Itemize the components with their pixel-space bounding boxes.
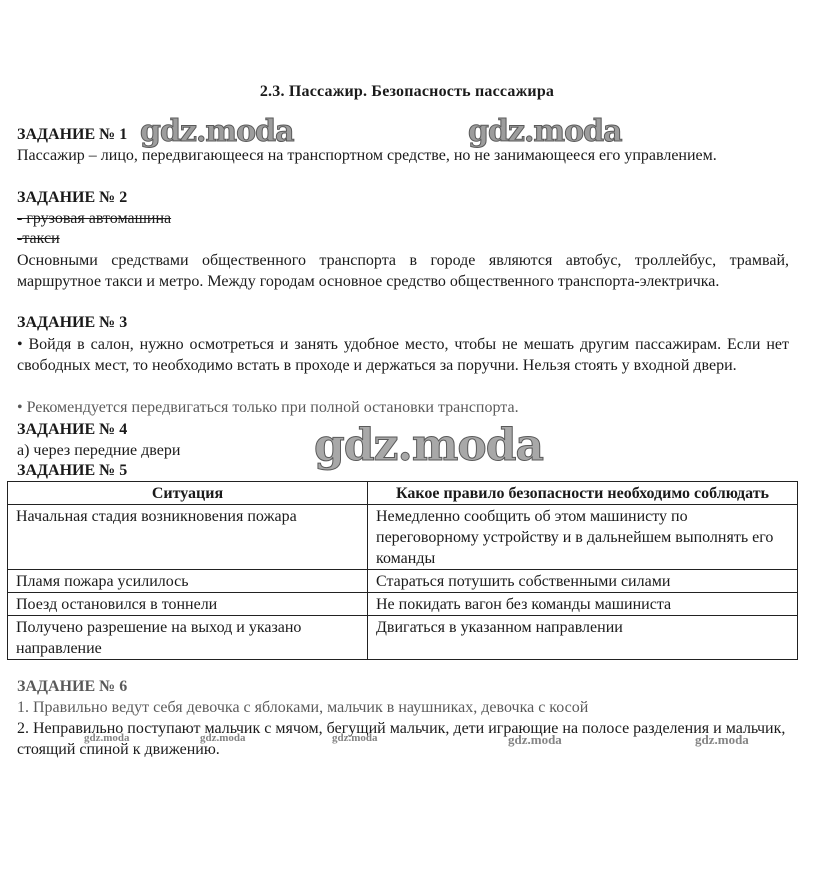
- task-2-struck-item-2: -такси: [17, 228, 60, 249]
- watermark: gdz.moda: [468, 114, 622, 149]
- table-row: Получено разрешение на выход и указано н…: [8, 616, 798, 660]
- task-6-heading: ЗАДАНИЕ № 6: [17, 677, 127, 697]
- task-6-item-2: 2. Неправильно поступают мальчик с мячом…: [17, 718, 789, 760]
- table-cell-rule: Не покидать вагон без команды машиниста: [368, 593, 798, 616]
- table-cell-rule: Немедленно сообщить об этом машинисту по…: [368, 505, 798, 570]
- column-header-rule: Какое правило безопасности необходимо со…: [368, 482, 798, 505]
- table-row: Пламя пожара усилилось Стараться потушит…: [8, 570, 798, 593]
- task-2-struck-item-1: - грузовая автомашина: [17, 208, 171, 229]
- table-cell-situation: Получено разрешение на выход и указано н…: [8, 616, 368, 660]
- watermark: gdz.moda: [140, 114, 294, 149]
- task-6-item-1: 1. Правильно ведут себя девочка с яблока…: [17, 697, 588, 718]
- column-header-situation: Ситуация: [8, 482, 368, 505]
- safety-rules-table: Ситуация Какое правило безопасности необ…: [7, 481, 798, 660]
- table-cell-rule: Двигаться в указанном направлении: [368, 616, 798, 660]
- document-page: 2.3. Пассажир. Безопасность пассажира ЗА…: [0, 0, 814, 890]
- task-1-heading: ЗАДАНИЕ № 1: [17, 125, 127, 145]
- watermark: gdz.moda: [314, 420, 543, 471]
- table-cell-situation: Начальная стадия возникновения пожара: [8, 505, 368, 570]
- table-cell-rule: Стараться потушить собственными силами: [368, 570, 798, 593]
- table-header-row: Ситуация Какое правило безопасности необ…: [8, 482, 798, 505]
- task-2-text: Основными средствами общественного транс…: [17, 250, 789, 292]
- task-5-heading: ЗАДАНИЕ № 5: [17, 461, 127, 481]
- task-3-bullet-1: • Войдя в салон, нужно осмотреться и зан…: [17, 334, 789, 376]
- task-3-bullet-2: • Рекомендуется передвигаться только при…: [17, 397, 519, 418]
- task-1-text: Пассажир – лицо, передвигающееся на тран…: [17, 145, 789, 166]
- page-title: 2.3. Пассажир. Безопасность пассажира: [0, 83, 814, 101]
- table-row: Поезд остановился в тоннели Не покидать …: [8, 593, 798, 616]
- task-4-text: а) через передние двери: [17, 440, 180, 461]
- task-4-heading: ЗАДАНИЕ № 4: [17, 420, 127, 440]
- table-row: Начальная стадия возникновения пожара Не…: [8, 505, 798, 570]
- table-cell-situation: Пламя пожара усилилось: [8, 570, 368, 593]
- table-cell-situation: Поезд остановился в тоннели: [8, 593, 368, 616]
- task-3-heading: ЗАДАНИЕ № 3: [17, 313, 127, 333]
- task-2-heading: ЗАДАНИЕ № 2: [17, 188, 127, 208]
